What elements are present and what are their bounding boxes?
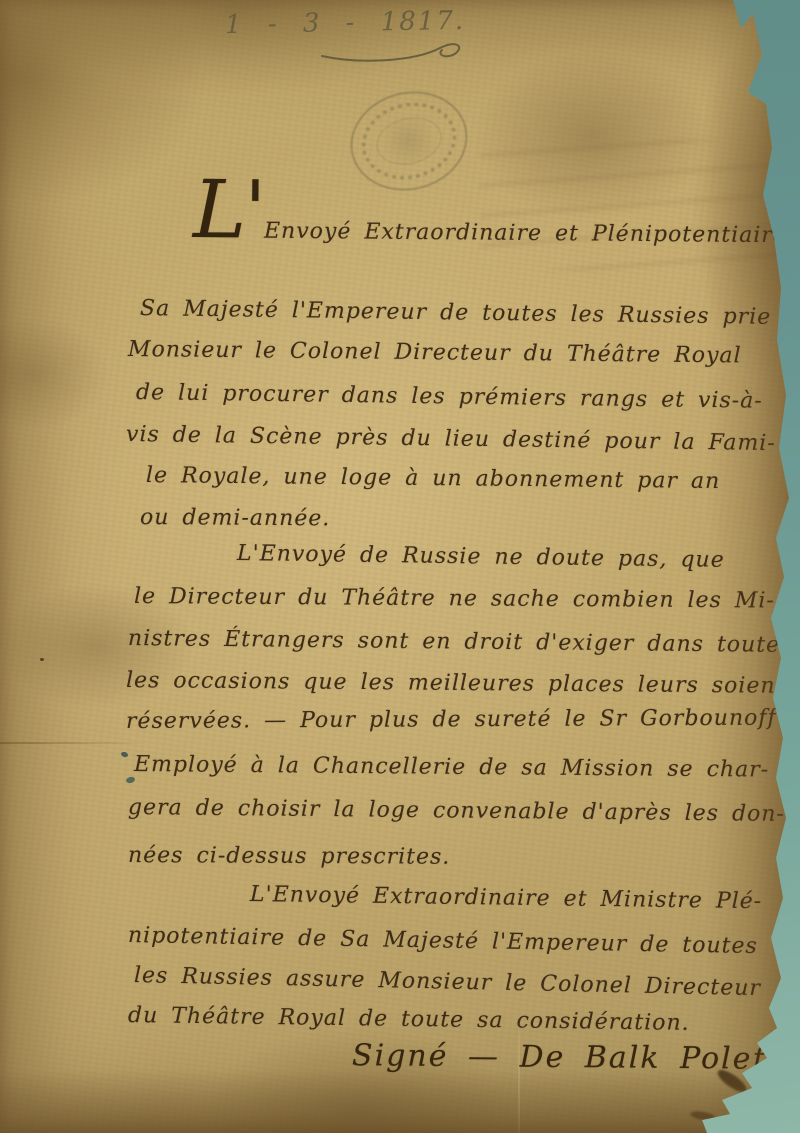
manuscript-line: vis de la Scène près du lieu destiné pou… (126, 422, 776, 456)
manuscript-line: le Directeur du Théâtre ne sache combien… (134, 584, 775, 613)
horizontal-crease (0, 742, 150, 744)
ink-smudge (690, 1110, 717, 1122)
manuscript-line: ou demi-année. (140, 505, 330, 531)
manuscript-line: L'Envoyé Extraordinaire et Ministre Plé- (250, 882, 763, 914)
vertical-crease (518, 1015, 520, 1133)
manuscript-line: gera de choisir la loge convenable d'apr… (128, 795, 785, 827)
manuscript-line: de lui procurer dans les prémiers rangs … (136, 380, 763, 414)
underline-flourish-icon (318, 38, 468, 68)
manuscript-line: L'Envoyé de Russie ne doute pas, que (237, 541, 725, 573)
manuscript-line: nées ci-dessus prescrites. (128, 843, 450, 870)
manuscript-line: réservées. — Pour plus de sureté le Sr G… (126, 706, 777, 734)
manuscript-line: Employé à la Chancellerie de sa Mission … (134, 752, 769, 783)
manuscript-line: les Russies assure Monsieur le Colonel D… (134, 963, 761, 1001)
archival-date-annotation: 1 - 3 - 1817. (225, 6, 466, 40)
signature-line: Signé — De Balk Poleff (352, 1038, 779, 1077)
manuscript-scan: 1 - 3 - 1817. L'Envoyé Extraordinaire et… (0, 0, 800, 1133)
manuscript-line: le Royale, une loge à un abonnement par … (146, 463, 721, 494)
ink-speck (125, 776, 135, 784)
manuscript-line: Sa Majesté l'Empereur de toutes les Russ… (140, 296, 772, 330)
manuscript-line: Monsieur le Colonel Directeur du Théâtre… (128, 337, 742, 368)
manuscript-line: nipotentiaire de Sa Majesté l'Empereur d… (128, 923, 758, 959)
letter-page: 1 - 3 - 1817. L'Envoyé Extraordinaire et… (0, 0, 800, 1133)
manuscript-line: du Théâtre Royal de toute sa considérati… (128, 1003, 690, 1036)
manuscript-line: nistres Étrangers sont en droit d'exiger… (128, 626, 793, 658)
manuscript-line: les occasions que les meilleures places … (126, 668, 786, 699)
manuscript-line: L'Envoyé Extraordinaire et Plénipotentia… (193, 200, 800, 249)
ink-speck (120, 751, 128, 758)
ink-speck (40, 658, 44, 661)
archive-ink-stamp (340, 79, 478, 203)
